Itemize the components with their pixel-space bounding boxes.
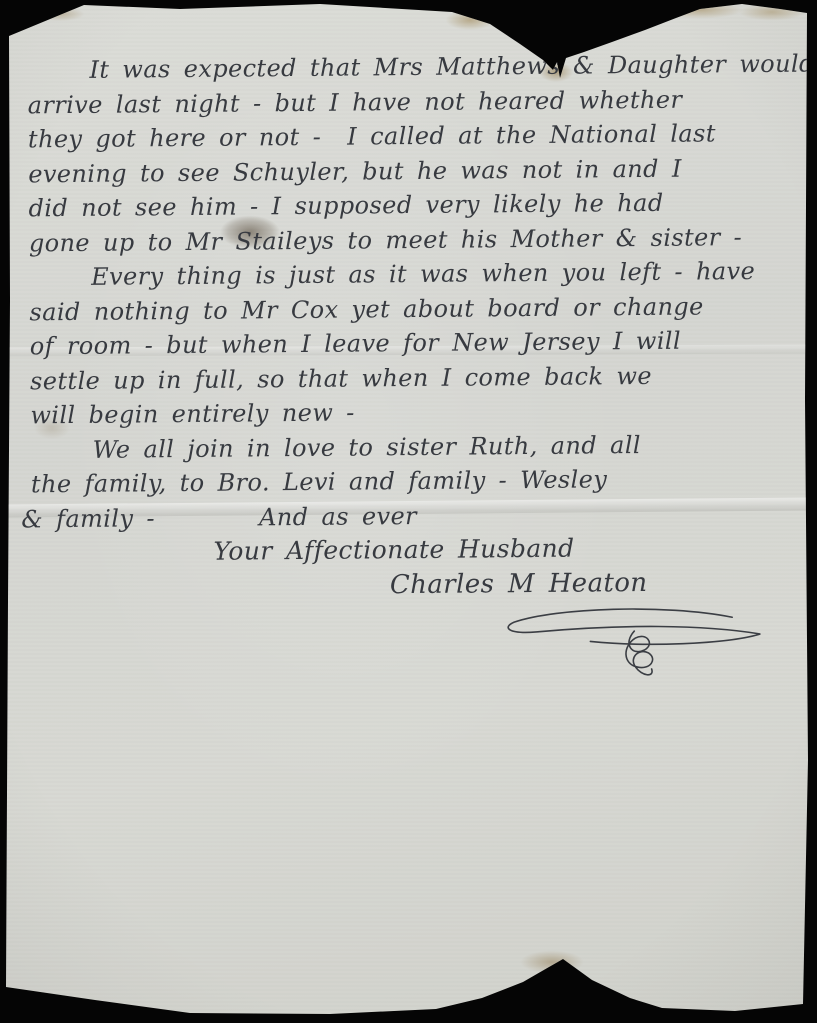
- letter-paper: It was expected that Mrs Matthews & Daug…: [0, 0, 817, 1023]
- scan-vignette: [0, 0, 817, 1023]
- scanned-letter-page: It was expected that Mrs Matthews & Daug…: [0, 0, 817, 1023]
